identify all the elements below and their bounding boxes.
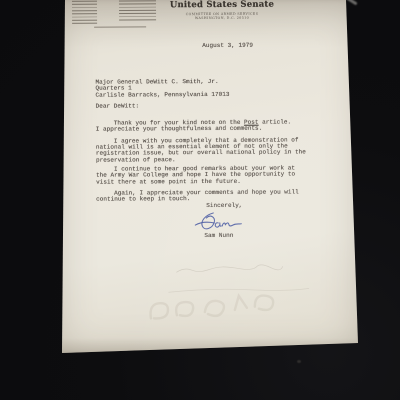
paragraph-4: Again, I appreciate your comments and ho…	[96, 189, 332, 203]
recipient-address: Major General DeWitt C. Smith, Jr. Quart…	[95, 79, 229, 99]
typed-signature-name: Sam Nunn	[204, 233, 233, 240]
letter-paper: United States Senate COMMITTEE ON ARMED …	[58, 0, 360, 354]
paragraph-2: I agree with you completely that a demon…	[96, 137, 332, 164]
reflection-streak	[344, 0, 357, 5]
letterhead-title: United States Senate	[157, 1, 287, 11]
signature-stroke-a	[215, 223, 221, 227]
letterhead-member-list-right	[119, 0, 156, 21]
impression-rule	[169, 288, 309, 292]
paragraph-3: I continue to hear good remarks about yo…	[96, 165, 332, 186]
background-speck	[297, 360, 301, 363]
salutation: Dear DeWitt:	[96, 103, 139, 110]
handwriting-impression	[143, 259, 313, 330]
letterhead-member-list-left	[72, 1, 97, 24]
signature-stroke-loop	[202, 213, 215, 229]
letterhead-city-line: WASHINGTON, D.C. 20510	[157, 16, 287, 21]
letterhead-staff-director-line	[94, 26, 146, 27]
listing-photo: United States Senate COMMITTEE ON ARMED …	[0, 0, 400, 400]
letter-content: United States Senate COMMITTEE ON ARMED …	[57, 0, 361, 355]
letterhead: United States Senate COMMITTEE ON ARMED …	[157, 1, 287, 21]
paragraph-1: Thank you for your kind note on the Post…	[96, 119, 332, 133]
impression-large-glyphs	[150, 296, 273, 319]
impression-squiggle	[177, 265, 283, 272]
signature-stroke-cross	[195, 222, 214, 225]
signature-stroke-m-tail	[222, 223, 241, 226]
letter-date: August 3, 1979	[202, 42, 253, 49]
